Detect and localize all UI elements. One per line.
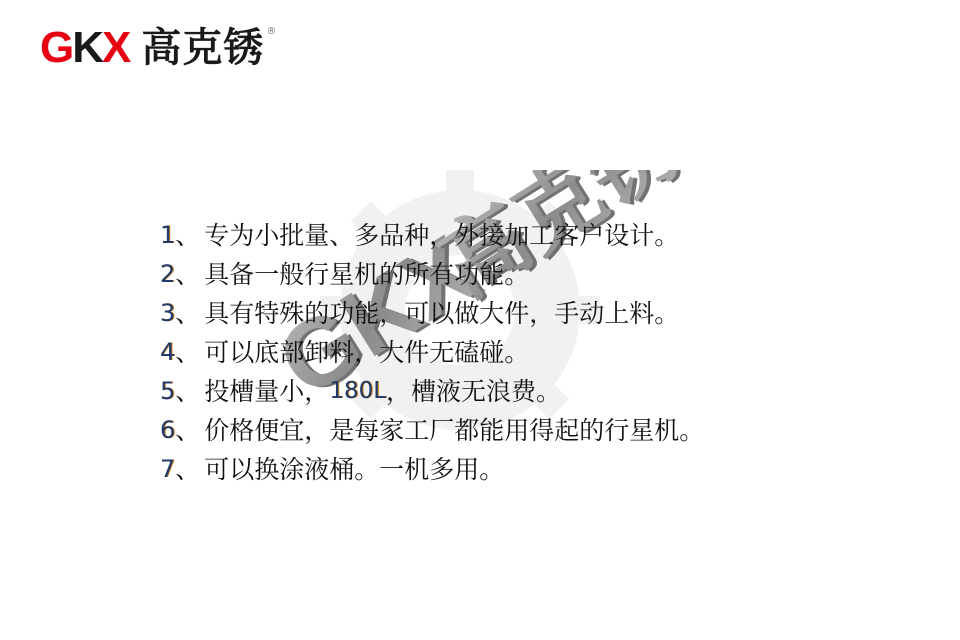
feature-separator: 、 — [175, 411, 200, 450]
feature-text: 可以底部卸料，大件无磕碰。 — [204, 333, 529, 372]
feature-item-5: 5 、 投槽量小， 180L ，槽液无浪费。 — [160, 372, 704, 411]
feature-text: 可以换涂液桶。一机多用。 — [204, 450, 504, 489]
feature-number: 4 — [160, 333, 175, 372]
feature-separator: 、 — [175, 450, 200, 489]
feature-text: 价格便宜，是每家工厂都能用得起的行星机。 — [204, 411, 704, 450]
feature-number: 5 — [160, 372, 175, 411]
logo-mark: G K X — [40, 26, 129, 70]
feature-text-before: 投槽量小， — [204, 372, 329, 411]
feature-item-3: 3 、 具有特殊的功能，可以做大件，手动上料。 — [160, 294, 704, 333]
feature-text: 专为小批量、多品种，外接加工客户设计。 — [204, 216, 679, 255]
feature-item-6: 6 、 价格便宜，是每家工厂都能用得起的行星机。 — [160, 411, 704, 450]
feature-number: 7 — [160, 450, 175, 489]
feature-separator: 、 — [175, 372, 200, 411]
brand-name: 高克锈 — [141, 28, 264, 68]
feature-item-2: 2 、 具备一般行星机的所有功能。 — [160, 255, 704, 294]
feature-separator: 、 — [175, 333, 200, 372]
feature-item-4: 4 、 可以底部卸料，大件无磕碰。 — [160, 333, 704, 372]
feature-text-after: ，槽液无浪费。 — [386, 372, 561, 411]
feature-item-1: 1 、 专为小批量、多品种，外接加工客户设计。 — [160, 216, 704, 255]
logo-letter-k: K — [72, 26, 102, 70]
feature-number: 3 — [160, 294, 175, 333]
feature-text: 具备一般行星机的所有功能。 — [204, 255, 529, 294]
logo-letter-x: X — [102, 26, 129, 70]
feature-number: 2 — [160, 255, 175, 294]
registered-mark-icon: ® — [266, 26, 276, 37]
brand-logo: G K X 高克锈 ® — [40, 20, 276, 76]
logo-letter-g: G — [40, 26, 72, 70]
feature-item-7: 7 、 可以换涂液桶。一机多用。 — [160, 450, 704, 489]
feature-separator: 、 — [175, 255, 200, 294]
feature-number: 1 — [160, 216, 175, 255]
feature-list: 1 、 专为小批量、多品种，外接加工客户设计。 2 、 具备一般行星机的所有功能… — [160, 216, 704, 489]
feature-number: 6 — [160, 411, 175, 450]
feature-separator: 、 — [175, 294, 200, 333]
tank-volume-value: 180L — [329, 372, 386, 411]
feature-text: 具有特殊的功能，可以做大件，手动上料。 — [204, 294, 679, 333]
feature-separator: 、 — [175, 216, 200, 255]
